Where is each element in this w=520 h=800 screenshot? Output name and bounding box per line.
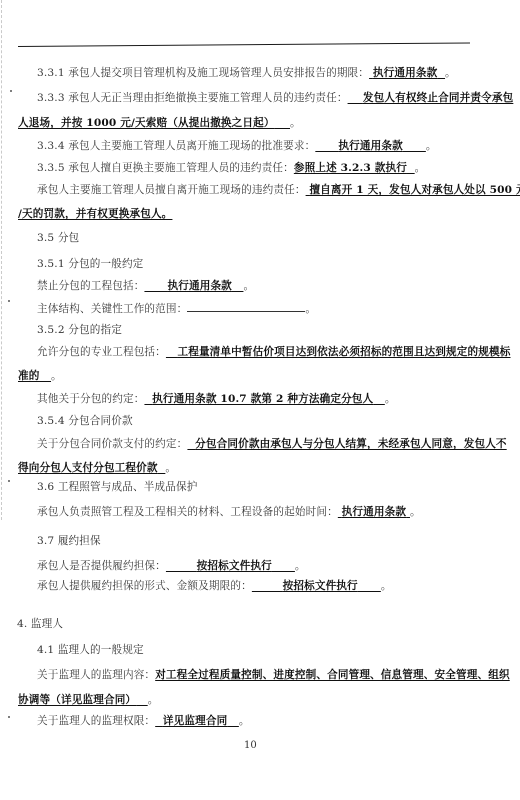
clause-3-5-1-prohibited: 禁止分包的工程包括： 执行通用条款 。 [37,279,254,293]
clause-label: 主体结构、关键性工作的范围： [37,303,187,315]
page-number: 10 [244,740,257,751]
clause-label: 承包人主要施工管理人员擅自离开施工现场的违约责任： [37,184,306,196]
scan-edge-artifact [1,0,6,520]
section-3-5-4-heading: 3.5.4 分包合同价款 [37,414,133,428]
clause-label: 关于监理人的监理内容： [37,669,155,681]
clause-value: 执行通用条款 10.7 款第 2 种方法确定分包人 [144,393,384,405]
clause-3-6-care-start: 承包人负责照管工程及工程相关的材料、工程设备的起始时间： 执行通用条款 。 [37,505,421,519]
section-3-5-2-heading: 3.5.2 分包的指定 [37,323,122,337]
clause-value: 对工程全过程质量控制、进度控制、合同管理、信息管理、安全管理、组织 [155,669,510,681]
clause-value: 参照上述 3.2.3 款执行 [294,162,415,174]
clause-label: 3.3.3 承包人无正当理由拒绝撤换主要施工管理人员的违约责任： [37,92,348,104]
clause-4-1-authority: 关于监理人的监理权限： 详见监理合同 。 [37,714,250,728]
clause-label: 3.3.4 承包人主要施工管理人员离开施工现场的批准要求： [37,140,315,152]
clause-value-continued: 准的 [18,370,51,382]
clause-value: 执行通用条款 [369,67,445,79]
clause-label: 禁止分包的工程包括： [37,280,144,292]
clause-value: 执行通用条款 [338,506,410,518]
clause-value-continued: 人退场，并按 1000 元/天索赔（从提出撤换之日起） [18,117,290,129]
clause-label: 关于监理人的监理权限： [37,715,155,727]
clause-value: 按招标文件执行 [252,580,381,592]
clause-3-3-6-continued: /天的罚款，并有权更换承包人。 [18,207,172,221]
section-3-6-heading: 3.6 工程照管与成品、半成品保护 [37,480,197,494]
clause-3-5-2-allowed: 允许分包的专业工程包括： 工程量清单中暂估价项目达到依法必须招标的范围且达到规定… [37,345,511,359]
clause-3-5-1-main-structure: 主体结构、关键性工作的范围：。 [37,301,316,316]
clause-value-continued: /天的罚款，并有权更换承包人。 [18,208,172,220]
section-3-5-1-heading: 3.5.1 分包的一般约定 [37,257,143,271]
clause-value: 分包合同价款由承包人与分包人结算，未经承包人同意，发包人不 [187,438,506,450]
clause-value: 按招标文件执行 [166,560,295,572]
scan-speck [10,90,12,92]
blank-field [187,301,305,312]
clause-label: 3.3.5 承包人擅自更换主要施工管理人员的违约责任： [37,162,294,174]
clause-label: 3.3.1 承包人提交项目管理机构及施工现场管理人员安排报告的期限： [37,67,369,79]
clause-value: 执行通用条款 [315,140,426,152]
clause-3-3-4: 3.3.4 承包人主要施工管理人员离开施工现场的批准要求： 执行通用条款 。 [37,139,437,153]
clause-3-3-6: 承包人主要施工管理人员擅自离开施工现场的违约责任： 擅自离开 1 天，发包人对承… [37,183,520,197]
scan-speck [8,300,10,302]
clause-label: 允许分包的专业工程包括： [37,346,166,358]
section-3-5-heading: 3.5 分包 [37,231,79,245]
clause-3-5-4-payment: 关于分包合同价款支付的约定： 分包合同价款由承包人与分包人结算，未经承包人同意，… [37,437,507,451]
clause-label: 承包人负责照管工程及工程相关的材料、工程设备的起始时间： [37,506,338,518]
clause-3-5-4-payment-continued: 得向分包人支付分包工程价款 。 [18,461,176,475]
document-page: 3.3.1 承包人提交项目管理机构及施工现场管理人员安排报告的期限： 执行通用条… [0,0,520,800]
clause-value: 详见监理合同 [155,715,239,727]
clause-value-continued: 得向分包人支付分包工程价款 [18,462,165,474]
clause-label: 关于分包合同价款支付的约定： [37,438,187,450]
scan-speck [8,480,10,482]
clause-label: 承包人提供履约担保的形式、金额及期限的： [37,580,252,592]
clause-label: 其他关于分包的约定： [37,393,144,405]
clause-label: 承包人是否提供履约担保： [37,560,166,572]
section-4-1-heading: 4.1 监理人的一般规定 [37,643,144,657]
clause-value: 擅自离开 1 天，发包人对承包人处以 500 元 [306,184,520,196]
section-4-heading: 4. 监理人 [17,617,63,631]
clause-3-3-3: 3.3.3 承包人无正当理由拒绝撤换主要施工管理人员的违约责任： 发包人有权终止… [37,91,513,105]
clause-4-1-content: 关于监理人的监理内容：对工程全过程质量控制、进度控制、合同管理、信息管理、安全管… [37,668,510,682]
clause-value: 发包人有权终止合同并责令承包 [348,92,514,104]
scan-speck [8,716,10,718]
section-3-7-heading: 3.7 履约担保 [37,534,101,548]
clause-3-3-1: 3.3.1 承包人提交项目管理机构及施工现场管理人员安排报告的期限： 执行通用条… [37,66,456,80]
clause-3-5-3-other: 其他关于分包的约定： 执行通用条款 10.7 款第 2 种方法确定分包人 。 [37,392,396,406]
header-rule [18,42,470,47]
clause-3-7-guarantee: 承包人是否提供履约担保： 按招标文件执行 。 [37,559,306,573]
clause-3-3-5: 3.3.5 承包人擅自更换主要施工管理人员的违约责任：参照上述 3.2.3 款执… [37,161,425,175]
clause-value: 执行通用条款 [144,280,243,292]
clause-value-continued: 协调等（详见监理合同） [18,694,148,706]
clause-4-1-content-continued: 协调等（详见监理合同） 。 [18,693,158,707]
clause-3-5-2-allowed-continued: 准的 。 [18,369,62,383]
clause-3-3-3-continued: 人退场，并按 1000 元/天索赔（从提出撤换之日起） 。 [18,116,301,130]
clause-value: 工程量清单中暂估价项目达到依法必须招标的范围且达到规定的规模标 [166,346,511,358]
clause-3-7-guarantee-form: 承包人提供履约担保的形式、金额及期限的： 按招标文件执行 。 [37,579,392,593]
